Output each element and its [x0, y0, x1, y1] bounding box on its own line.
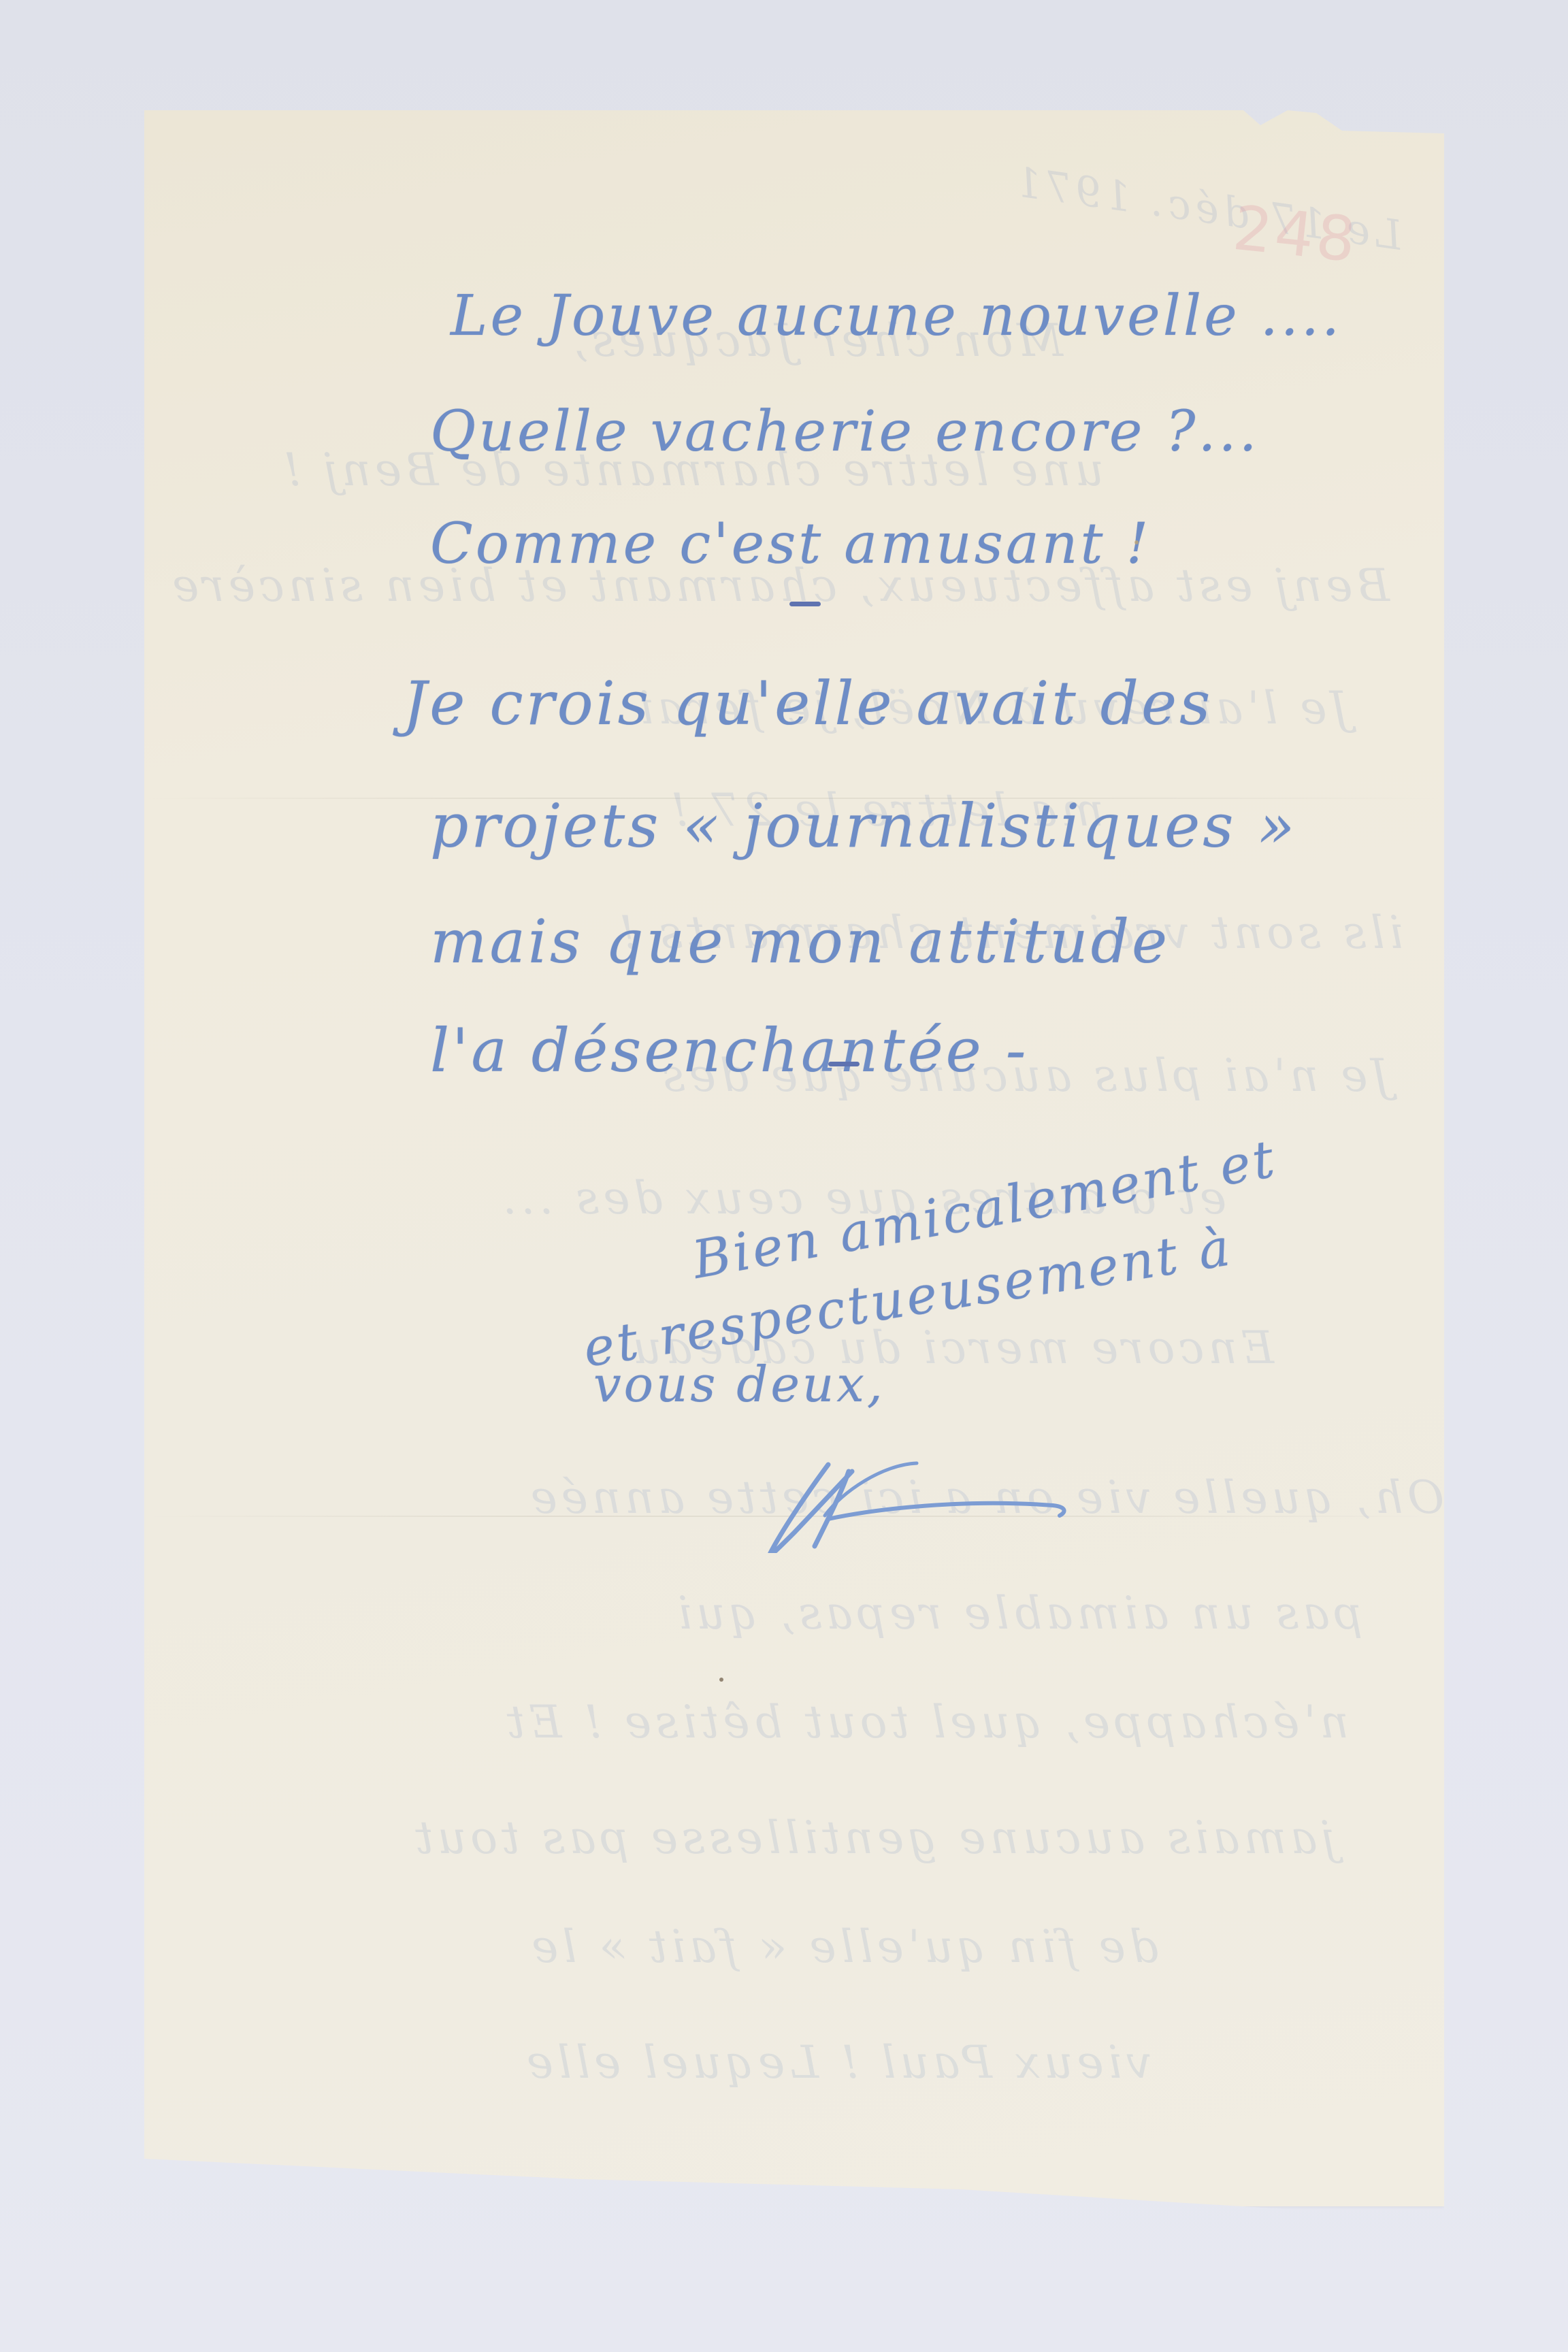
letter-line: Comme c'est amusant ! [430, 512, 1151, 576]
bleed-line: n'échappe, quel tout bêtise ! Et [503, 1696, 1349, 1748]
bleed-line: pas un aimable repas, qui [674, 1587, 1362, 1639]
letter-line: mais que mon attitude [430, 906, 1170, 977]
letter-line: l'a désenchantée - [430, 1015, 1028, 1085]
paper-speck [719, 1678, 723, 1682]
pencil-page-number: 248 [1230, 193, 1362, 277]
letter-line: Quelle vacherie encore ?... [430, 399, 1260, 464]
signature-icon [740, 1444, 1094, 1553]
closing-line: vous deux, [593, 1356, 885, 1413]
paper-speck [1134, 540, 1139, 544]
separator-dash [789, 602, 821, 606]
bleed-line: de fin qu'elle « fait » le [527, 1921, 1158, 1973]
letter-line: projets « journalistiques » [430, 791, 1297, 861]
separator-dash [828, 1062, 860, 1066]
letter-sheet: Le 17 déc. 1971 Mon cher Jacques, une le… [144, 110, 1444, 2206]
letter-line: Je crois qu'elle avait des [403, 668, 1213, 738]
bleed-line: vieux Paul ! Lequel elle [523, 2036, 1151, 2089]
bleed-line: jamais aucune gentillesse pas tout [411, 1812, 1335, 1864]
letter-line: Le Jouve aucune nouvelle .... [451, 284, 1342, 348]
